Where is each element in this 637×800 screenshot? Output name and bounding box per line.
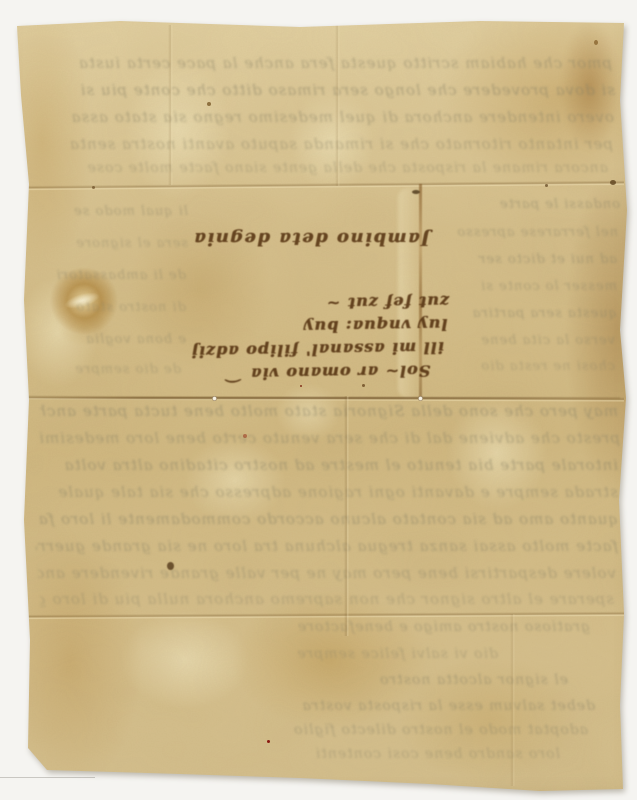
- bleedthrough-line: verso la cita bene: [447, 334, 615, 347]
- ink-speck: [594, 40, 598, 45]
- paper-shadow-wrap: pmor che habiam scritto questa fera anch…: [0, 0, 637, 800]
- ink-speck: [167, 562, 174, 570]
- bleedthrough-line: sera el signore: [26, 237, 188, 250]
- bleedthrough-line: di nostro stato: [26, 301, 186, 314]
- docket-line: Jambino deta degnia: [202, 228, 430, 249]
- bleedthrough-line: sperare el altro signor che non sapremo …: [40, 592, 614, 607]
- bleedthrough-line: messer lo conte si: [447, 280, 617, 293]
- ink-speck: [610, 180, 616, 185]
- bleedthrough-line: de li ambassatori: [28, 269, 186, 282]
- bleedthrough-line: questa sera partira: [445, 307, 617, 320]
- scanned-letter: pmor che habiam scritto questa fera anch…: [0, 0, 637, 800]
- address-line: ill mi assanal' filipo adzij: [216, 336, 444, 363]
- bleedthrough-line: pmor che habiam scritto questa fera anch…: [46, 56, 612, 71]
- fold-crease-vertical-bottom: [510, 614, 515, 786]
- bleedthrough-line: intorale parte bia tenuto el mestre ad n…: [38, 458, 618, 473]
- bleedthrough-line: strada sempre e davanti ogni ragione adp…: [36, 485, 618, 500]
- fold-crease-vertical-top-1: [168, 25, 173, 185]
- bleedthrough-line: may pero che sono della Signoria stato m…: [40, 404, 618, 419]
- pinhole: [212, 396, 217, 401]
- fold-crease-vertical-top-2: [335, 24, 340, 186]
- bleedthrough-line: overo intendere anchora di quel medesimo…: [42, 110, 614, 125]
- ink-speck: [267, 740, 270, 743]
- ink-speck: [300, 385, 302, 387]
- bleedthrough-line: per intanto ritornato che si rimanda sap…: [45, 137, 613, 152]
- bleedthrough-line: presto che adviene dal di che sera venut…: [36, 431, 620, 446]
- pinhole: [418, 396, 423, 401]
- letter-paper: pmor che habiam scritto questa fera anch…: [0, 0, 637, 800]
- bleedthrough-line: ancora rimane la risposta che della gent…: [48, 161, 608, 175]
- ink-speck: [362, 384, 365, 387]
- ink-speck: [243, 434, 247, 438]
- bleedthrough-line: nel ferrarese apresso: [448, 226, 618, 239]
- bleedthrough-line: loro sandro bene cosi contenti: [300, 747, 560, 761]
- ink-speck: [92, 186, 95, 189]
- bleedthrough-line: volere despartirsi bene pero may ne per …: [38, 566, 616, 581]
- bleedthrough-line: dio vi salvi felice sempre: [298, 647, 498, 661]
- fold-crease-horizontal-1: [18, 180, 624, 190]
- bleedthrough-line: si dova provedere che longo sera rimaso …: [40, 83, 615, 98]
- fold-crease-dark-line: [24, 397, 620, 399]
- address-line: luy vnqua: buy: [216, 313, 448, 340]
- bleedthrough-line: quanto amo ad sia contato alcuno accordo…: [38, 512, 618, 527]
- bleedthrough-line: gratioso nostro amigo e benefactore: [290, 620, 590, 634]
- bleedthrough-line: debet salvum esse la risposta vostra: [285, 699, 595, 713]
- bleedthrough-line: li qual modo se: [28, 205, 188, 218]
- ink-speck: [207, 102, 211, 106]
- fold-crease-vertical-lower: [344, 396, 349, 636]
- address-line: zut fef zut ~: [215, 290, 449, 317]
- ink-speck: [545, 184, 548, 187]
- fold-crease-horizontal-3: [18, 611, 624, 619]
- address-block: Sol~ ar omano via ⌒ill mi assanal' filip…: [215, 290, 451, 386]
- bleedthrough-line: facte molto assai sanza tregua alchuna t…: [36, 539, 618, 554]
- bleedthrough-line: el signor alcotta nostro: [348, 673, 568, 687]
- ink-speck: [412, 190, 420, 194]
- bleedthrough-line: de dio sempre: [26, 363, 181, 376]
- bleedthrough-line: adoptat modo el nostro dilecto figlio: [288, 723, 588, 737]
- address-line: Sol~ ar omano via ⌒: [216, 359, 430, 386]
- bleedthrough-line: ad nui et dicto ser: [445, 253, 617, 266]
- bleedthrough-line: e bona voglia: [28, 333, 186, 346]
- bleedthrough-line: chosi ne resta dio: [445, 360, 615, 373]
- bleedthrough-line: ondassi le parte: [445, 198, 620, 211]
